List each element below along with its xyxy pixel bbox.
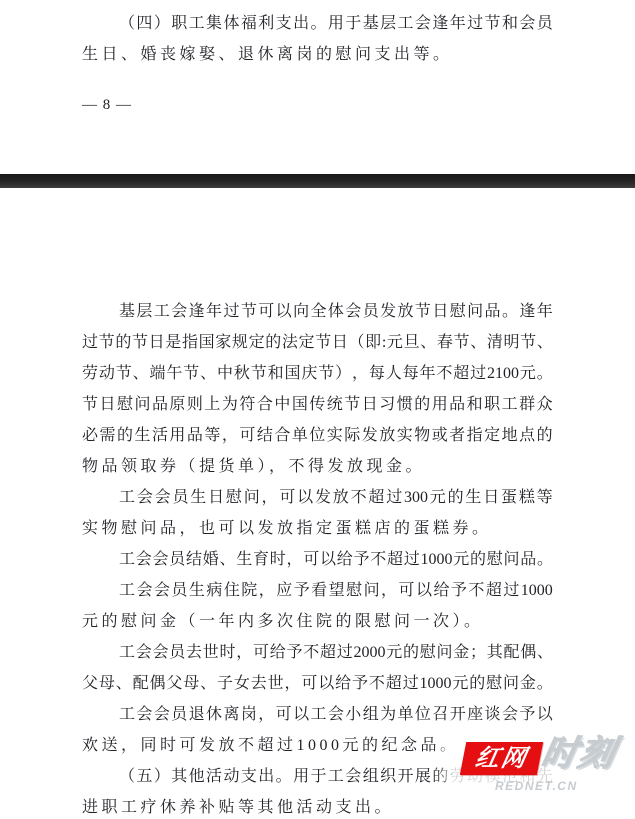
text-line: （四）职工集体福利支出。用于基层工会逢年过节和会员 xyxy=(82,8,553,39)
rednet-logo-primary-text: 红网 xyxy=(473,747,530,771)
text-line: 必需的生活用品等，可结合单位实际发放实物或者指定地点的 xyxy=(82,420,553,451)
page-number: — 8 — xyxy=(82,97,132,114)
rednet-logo-red-box: 红网 xyxy=(460,742,543,775)
rednet-logo-secondary-text: 时刻 xyxy=(538,733,620,775)
document-page-scan: （四）职工集体福利支出。用于基层工会逢年过节和会员生日、婚丧嫁娶、退休离岗的慰问… xyxy=(0,0,635,819)
text-line: 工会会员结婚、生育时，可以给予不超过1000元的慰问品。 xyxy=(82,544,553,575)
text-line: 劳动节、端午节、中秋节和国庆节），每人每年不超过2100元。 xyxy=(82,358,553,389)
text-line: 工会会员生病住院，应予看望慰问，可以给予不超过1000 xyxy=(82,575,553,606)
text-line: 工会会员去世时，可给予不超过2000元的慰问金；其配偶、 xyxy=(82,637,553,668)
text-line: 父母、配偶父母、子女去世，可以给予不超过1000元的慰问金。 xyxy=(82,668,553,699)
text-line: 元的慰问金（一年内多次住院的限慰问一次）。 xyxy=(82,606,553,637)
text-line: 生日、婚丧嫁娶、退休离岗的慰问支出等。 xyxy=(82,39,553,70)
text-line: 实物慰问品，也可以发放指定蛋糕店的蛋糕券。 xyxy=(82,513,553,544)
text-line: 过节的节日是指国家规定的法定节日（即:元旦、春节、清明节、 xyxy=(82,327,553,358)
rednet-watermark: 时刻 红网 REDNET.CN xyxy=(448,731,635,799)
page-break-bar xyxy=(0,174,635,188)
text-line: 工会会员生日慰问，可以发放不超过300元的生日蛋糕等 xyxy=(82,482,553,513)
rednet-domain-text: REDNET.CN xyxy=(495,779,578,793)
text-line: 工会会员退休离岗，可以工会小组为单位召开座谈会予以 xyxy=(82,699,553,730)
text-line: 节日慰问品原则上为符合中国传统节日习惯的用品和职工群众 xyxy=(82,389,553,420)
page-1-text-fragment: （四）职工集体福利支出。用于基层工会逢年过节和会员生日、婚丧嫁娶、退休离岗的慰问… xyxy=(82,8,553,70)
text-line: 物品领取券（提货单），不得发放现金。 xyxy=(82,451,553,482)
text-line: 基层工会逢年过节可以向全体会员发放节日慰问品。逢年 xyxy=(82,296,553,327)
